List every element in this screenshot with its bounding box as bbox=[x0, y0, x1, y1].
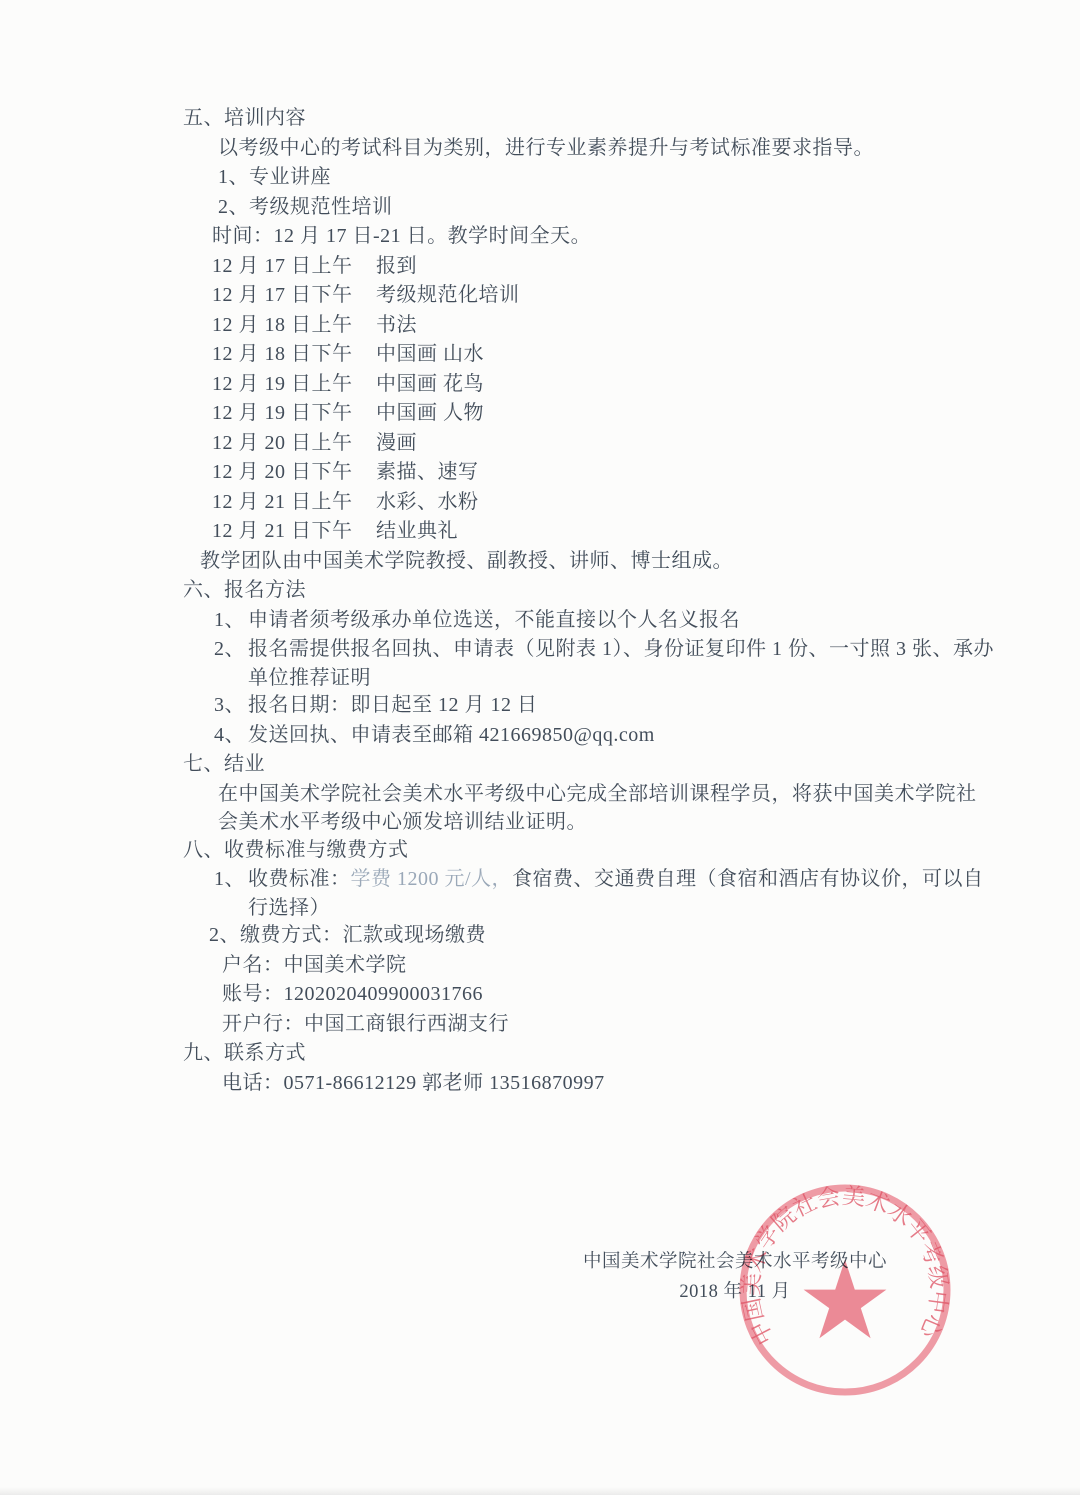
schedule-row: 12 月 18 日上午书法 bbox=[212, 311, 983, 341]
schedule-row: 12 月 20 日下午素描、速写 bbox=[212, 458, 983, 488]
schedule-activity: 中国画 山水 bbox=[376, 343, 484, 365]
schedule-row: 12 月 19 日下午中国画 人物 bbox=[212, 399, 983, 429]
schedule-row: 12 月 18 日下午中国画 山水 bbox=[212, 340, 983, 370]
item-line-continuation: 行选择） bbox=[248, 895, 984, 922]
account-name-line: 户名：中国美术学院 bbox=[222, 951, 983, 981]
schedule-activity: 考级规范化培训 bbox=[376, 284, 520, 306]
section-5-item-2: 2、考级规范性培训 bbox=[218, 193, 983, 223]
section-5-item-1: 1、专业讲座 bbox=[218, 163, 983, 193]
registration-item: 2、 报名需提供报名回执、申请表（见附表 1）、身份证复印件 1 份、一寸照 3… bbox=[214, 635, 983, 691]
completion-paragraph: 在中国美术学院社会美术水平考级中心完成全部培训课程学员，将获中国美术学院社 会美… bbox=[218, 780, 983, 836]
schedule-activity: 报到 bbox=[376, 255, 417, 277]
item-line: 报名需提供报名回执、申请表（见附表 1）、身份证复印件 1 份、一寸照 3 张、… bbox=[248, 635, 994, 665]
schedule-slot: 12 月 21 日下午 bbox=[212, 517, 356, 547]
item-text: 发送回执、申请表至邮箱 421669850@qq.com bbox=[248, 721, 655, 751]
item-line: 收费标准：学费 1200 元/人，食宿费、交通费自理（食宿和酒店有协议价，可以自 bbox=[248, 865, 984, 895]
item-number: 1、 bbox=[214, 865, 248, 895]
payment-method-line: 2、缴费方式：汇款或现场缴费 bbox=[209, 921, 983, 951]
fee-label: 收费标准： bbox=[248, 868, 351, 890]
fee-item: 1、 收费标准：学费 1200 元/人，食宿费、交通费自理（食宿和酒店有协议价，… bbox=[214, 865, 983, 921]
schedule-slot: 12 月 20 日下午 bbox=[212, 458, 356, 488]
schedule-slot: 12 月 19 日下午 bbox=[212, 399, 356, 429]
section-5-intro: 以考级中心的考试科目为类别，进行专业素养提升与考试标准要求指导。 bbox=[218, 134, 983, 164]
red-star-icon bbox=[804, 1260, 887, 1339]
schedule-slot: 12 月 21 日上午 bbox=[212, 488, 356, 518]
item-line: 申请者须考级承办单位选送，不能直接以个人名义报名 bbox=[248, 606, 740, 636]
schedule-slot: 12 月 20 日上午 bbox=[212, 429, 356, 459]
schedule-row: 12 月 21 日下午结业典礼 bbox=[212, 517, 983, 547]
registration-item: 4、 发送回执、申请表至邮箱 421669850@qq.com bbox=[214, 721, 983, 751]
schedule-slot: 12 月 17 日上午 bbox=[212, 252, 356, 282]
item-line: 发送回执、申请表至邮箱 421669850@qq.com bbox=[248, 721, 655, 751]
schedule-activity: 书法 bbox=[376, 314, 417, 336]
account-number-line: 账号：1202020409900031766 bbox=[222, 980, 983, 1010]
schedule-row: 12 月 20 日上午漫画 bbox=[212, 429, 983, 459]
seal-graphic: 中国美术学院社会美术水平考级中心 bbox=[723, 1168, 967, 1412]
schedule-slot: 12 月 18 日下午 bbox=[212, 340, 356, 370]
schedule-activity: 漫画 bbox=[376, 432, 417, 454]
scanned-document-page: 五、培训内容 以考级中心的考试科目为类别，进行专业素养提升与考试标准要求指导。 … bbox=[0, 0, 1080, 1495]
section-6-heading: 六、报名方法 bbox=[183, 576, 983, 606]
section-9-heading: 九、联系方式 bbox=[183, 1039, 983, 1069]
fee-detail: 食宿费、交通费自理（食宿和酒店有协议价，可以自 bbox=[512, 868, 984, 890]
section-5-heading: 五、培训内容 bbox=[183, 104, 983, 134]
bank-branch-line: 开户行：中国工商银行西湖支行 bbox=[222, 1010, 983, 1040]
item-text: 申请者须考级承办单位选送，不能直接以个人名义报名 bbox=[248, 606, 740, 636]
paragraph-line: 会美术水平考级中心颁发培训结业证明。 bbox=[218, 809, 983, 836]
schedule-activity: 水彩、水粉 bbox=[376, 491, 479, 513]
schedule-slot: 12 月 17 日下午 bbox=[212, 281, 356, 311]
tuition-fee-text: 学费 1200 元/人， bbox=[351, 868, 513, 890]
section-7-heading: 七、结业 bbox=[183, 750, 983, 780]
schedule-activity: 中国画 花鸟 bbox=[376, 373, 484, 395]
schedule-row: 12 月 17 日上午报到 bbox=[212, 252, 983, 282]
schedule-time-line: 时间：12 月 17 日-21 日。教学时间全天。 bbox=[212, 222, 983, 252]
item-number: 1、 bbox=[214, 606, 248, 636]
schedule-row: 12 月 19 日上午中国画 花鸟 bbox=[212, 370, 983, 400]
item-line: 报名日期：即日起至 12 月 12 日 bbox=[248, 691, 538, 721]
teaching-team-line: 教学团队由中国美术学院教授、副教授、讲师、博士组成。 bbox=[200, 547, 983, 577]
schedule-activity: 结业典礼 bbox=[376, 520, 458, 542]
official-seal: 中国美术学院社会美术水平考级中心 bbox=[723, 1168, 967, 1412]
schedule-slot: 12 月 19 日上午 bbox=[212, 370, 356, 400]
registration-item: 1、 申请者须考级承办单位选送，不能直接以个人名义报名 bbox=[214, 606, 983, 636]
schedule-activity: 中国画 人物 bbox=[376, 402, 484, 424]
item-text: 报名需提供报名回执、申请表（见附表 1）、身份证复印件 1 份、一寸照 3 张、… bbox=[248, 635, 994, 691]
item-text: 收费标准：学费 1200 元/人，食宿费、交通费自理（食宿和酒店有协议价，可以自… bbox=[248, 865, 984, 921]
schedule-row: 12 月 17 日下午考级规范化培训 bbox=[212, 281, 983, 311]
schedule-row: 12 月 21 日上午水彩、水粉 bbox=[212, 488, 983, 518]
item-number: 3、 bbox=[214, 691, 248, 721]
document-body: 五、培训内容 以考级中心的考试科目为类别，进行专业素养提升与考试标准要求指导。 … bbox=[183, 104, 983, 1098]
item-text: 报名日期：即日起至 12 月 12 日 bbox=[248, 691, 538, 721]
schedule-activity: 素描、速写 bbox=[376, 461, 479, 483]
paragraph-line: 在中国美术学院社会美术水平考级中心完成全部培训课程学员，将获中国美术学院社 bbox=[218, 780, 983, 810]
schedule-slot: 12 月 18 日上午 bbox=[212, 311, 356, 341]
phone-line: 电话：0571-86612129 郭老师 13516870997 bbox=[222, 1069, 983, 1099]
item-number: 2、 bbox=[214, 635, 248, 665]
section-8-heading: 八、收费标准与缴费方式 bbox=[183, 836, 983, 866]
item-number: 4、 bbox=[214, 721, 248, 751]
item-line-continuation: 单位推荐证明 bbox=[248, 665, 994, 692]
registration-item: 3、 报名日期：即日起至 12 月 12 日 bbox=[214, 691, 983, 721]
